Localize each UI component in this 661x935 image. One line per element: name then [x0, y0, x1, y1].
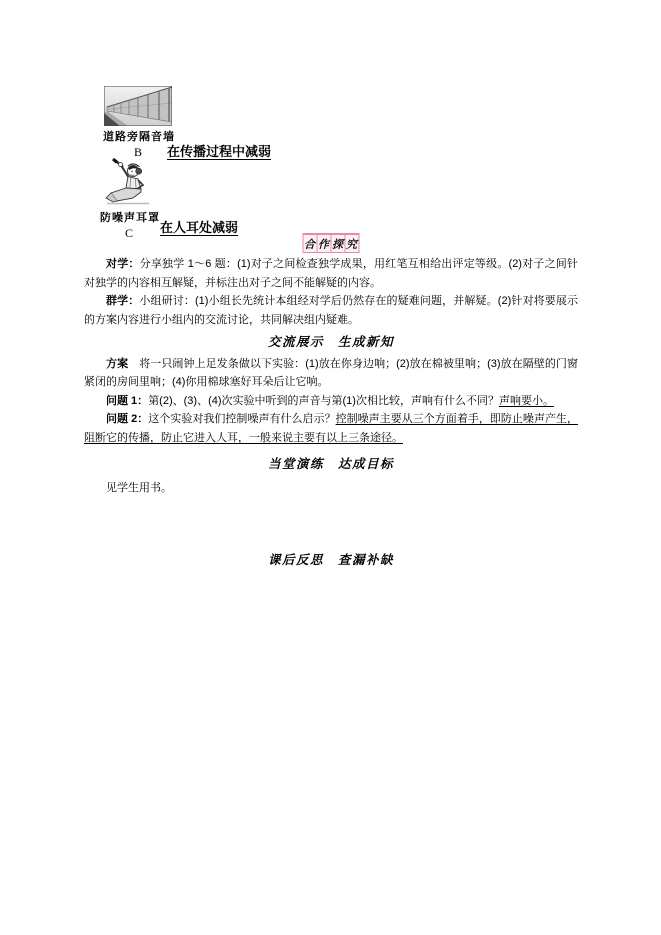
- section-header-char: 作: [317, 235, 331, 252]
- qunxue-lead: 群学：: [106, 295, 139, 307]
- qunxue-body: 小组研讨：(1)小组长先统计本组经对学后仍然存在的疑难问题，并解疑。(2)针对将…: [84, 295, 578, 326]
- figure-b-caption: 道路旁隔音墙: [103, 128, 173, 144]
- section-header-char: 探: [331, 235, 345, 252]
- section-header-char: 究: [345, 235, 358, 252]
- paragraph-qunxue: 群学：小组研讨：(1)小组长先统计本组经对学后仍然存在的疑难问题，并解疑。(2)…: [84, 292, 578, 329]
- duixue-body: 分享独学 1～6 题：(1)对子之间检查独学成果，用红笔互相给出评定等级。(2)…: [84, 258, 578, 289]
- section-header-hezuo-tanjiu: 合 作 探 究: [302, 233, 359, 253]
- fangan-lead: 方案: [106, 358, 128, 370]
- paragraph-fangan: 方案 将一只闹钟上足发条做以下实验：(1)放在你身边响；(2)放在棉被里响；(3…: [84, 355, 578, 392]
- paragraph-wenti1: 问题 1：第(2)、(3)、(4)次实验中听到的声音与第(1)次相比较，声响有什…: [84, 392, 578, 411]
- paragraph-jian-xuesheng-yongshu: 见学生用书。: [84, 479, 578, 498]
- fangan-body: 将一只闹钟上足发条做以下实验：(1)放在你身边响；(2)放在棉被里响；(3)放在…: [84, 358, 578, 389]
- figure-c-letter: C: [100, 226, 158, 241]
- wenti2-question: 这个实验对我们控制噪声有什么启示？: [148, 413, 335, 425]
- wenti1-lead: 问题 1：: [106, 395, 148, 407]
- figure-c: 防噪声耳罩 C: [100, 158, 158, 241]
- banner-dangtang-yanlian: 当堂演练 达成目标: [84, 455, 578, 474]
- paragraph-wenti2: 问题 2：这个实验对我们控制噪声有什么启示？控制噪声主要从三个方面着手，即防止噪…: [84, 410, 578, 447]
- paragraph-duixue: 对学：分享独学 1～6 题：(1)对子之间检查独学成果，用红笔互相给出评定等级。…: [84, 255, 578, 292]
- duixue-lead: 对学：: [106, 258, 140, 270]
- content-area: 对学：分享独学 1～6 题：(1)对子之间检查独学成果，用红笔互相给出评定等级。…: [84, 255, 578, 570]
- wenti1-answer: 声响要小。: [499, 395, 554, 407]
- worksheet-page: 道路旁隔音墙 B 在传播过程中减弱: [0, 0, 661, 935]
- figure-b-answer: 在传播过程中减弱: [167, 141, 271, 160]
- figure-b: 道路旁隔音墙 B: [103, 86, 173, 160]
- wenti2-lead: 问题 2：: [106, 413, 148, 425]
- banner-jiaoliu-zhanshi: 交流展示 生成新知: [84, 333, 578, 352]
- section-header-char: 合: [303, 235, 317, 252]
- ear-muffs-illustration: [103, 158, 155, 207]
- banner-kehou-fansi: 课后反思 查漏补缺: [84, 551, 578, 570]
- figure-c-caption: 防噪声耳罩: [100, 209, 158, 225]
- noise-barrier-photo: [104, 86, 172, 126]
- figure-c-answer: 在人耳处减弱: [160, 217, 238, 236]
- wenti1-question: 第(2)、(3)、(4)次实验中听到的声音与第(1)次相比较，声响有什么不同？: [148, 395, 499, 407]
